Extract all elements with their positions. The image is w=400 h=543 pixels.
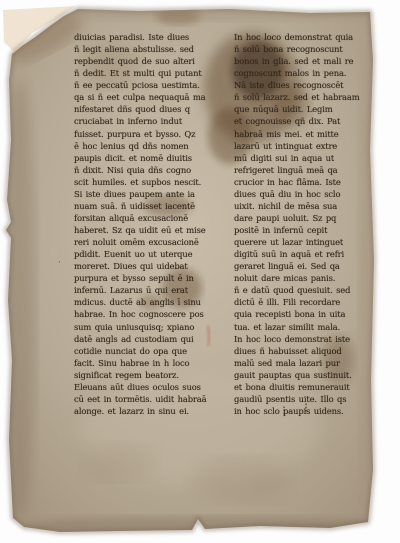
manuscript-text-line: nuam suā. ñ uidisset iacentē [74, 200, 222, 212]
manuscript-text-line: habraā mis mei. et mitte [234, 128, 382, 140]
manuscript-text-line: nifestaret dñs quod diues q [74, 103, 222, 115]
manuscript-text-line: uixit. nichil de mēsa sua [234, 200, 382, 212]
manuscript-text-line: et cognouisse qñ dix. Pat [234, 115, 382, 127]
manuscript-text-line: ñ e datū quod quesiuit. sed [234, 284, 382, 296]
manuscript-text-line: ñ legit aliena abstulisse. sed [74, 43, 222, 55]
manuscript-text-line: que nūquā uidit. Legim [234, 103, 382, 115]
text-column-right: In hoc loco demonstrat quiañ solū bona r… [234, 31, 382, 417]
manuscript-text-line: Eleuans aūt diues oculos suos [74, 381, 222, 393]
manuscript-text-line: alonge. et lazarz in sinu ei. [74, 405, 222, 417]
manuscript-text-line: ñ dixit. Nisi quia dñs cogno [74, 164, 222, 176]
manuscript-text-line: haberet. Sz qa uidit eū et mise [74, 224, 222, 236]
manuscript-text-line: noluit dare micas panis. [234, 272, 382, 284]
manuscript-text-line: ñ solū bona recognoscunt [234, 43, 382, 55]
manuscript-text-line: cū eet in tormētis. uidit habraā [74, 393, 222, 405]
manuscript-text-line: Si iste diues paupem ante ia [74, 188, 222, 200]
manuscript-text-line: moreret. Diues qui uidebat [74, 260, 222, 272]
manuscript-text-line: dare paupi uoluit. Sz pq [234, 212, 382, 224]
manuscript-text-line: diues ñ habuisset aliquod [234, 345, 382, 357]
manuscript-text-line: facit. Sinu habrae in h loco [74, 357, 222, 369]
manuscript-text-line: dictū ē illi. Fili recordare [234, 296, 382, 308]
manuscript-text-line: qa si ñ eet culpa nequaquā ma [74, 91, 222, 103]
manuscript-text-line: In hoc loco demonstrat quia [234, 31, 382, 43]
manuscript-text-line: paupis dicit. et nomē diuitis [74, 152, 222, 164]
manuscript-text-line: gauit pauptas qua sustinuit. [234, 369, 382, 381]
manuscript-text-line: pdidit. Euenit uo ut uterque [74, 248, 222, 260]
marginal-mark: ⁝ [304, 401, 308, 416]
manuscript-text-line: ñ ee peccatū pciosa uestimta. [74, 79, 222, 91]
manuscript-text-line: infernū. Lazarus ū qui erat [74, 284, 222, 296]
manuscript-text-line: positē in infernū cepit [234, 224, 382, 236]
manuscript-text-line: diuicias paradisi. Iste diues [74, 31, 222, 43]
manuscript-text-line: lazarū ut intinguat extre [234, 140, 382, 152]
manuscript-text-line: digitū suū in aquā et refri [234, 248, 382, 260]
manuscript-text-line: Nā iste diues recognoscēt [234, 79, 382, 91]
manuscript-text-line: scit humiles. et supbos nescit. [74, 176, 222, 188]
manuscript-text-line: ñ dedit. Et st multi qui putant [74, 67, 222, 79]
manuscript-text-line: significat regem beatorz. [74, 369, 222, 381]
manuscript-text-line: habrae. In hoc cognoscere pos [74, 308, 222, 320]
manuscript-text-line: quia recepisti bona in uita [234, 308, 382, 320]
manuscript-text-line: sum quia uniusquisq; xpiano [74, 321, 222, 333]
manuscript-text-line: malū sed mala lazari pur [234, 357, 382, 369]
marginal-mark: · [58, 258, 61, 268]
manuscript-text-line: mdicus. ductē ab anglis ī sinu [74, 296, 222, 308]
manuscript-text-line: bonos in glia. sed et mali re [234, 55, 382, 67]
manuscript-text-line: reri noluit omēm excusacionē [74, 236, 222, 248]
manuscript-text-line: fuisset. purpura et bysso. Qz [74, 128, 222, 140]
manuscript-photo: diuicias paradisi. Iste diuesñ legit ali… [0, 0, 400, 543]
manuscript-text-line: geraret linguā ei. Sed qa [234, 260, 382, 272]
manuscript-text-line: et bona diuitis remunerauit [234, 381, 382, 393]
manuscript-text-line: ē hoc lenius qd dñs nomen [74, 140, 222, 152]
manuscript-text-line: cruciabat in inferno indut [74, 115, 222, 127]
marginal-mark: ⁝ [282, 404, 286, 419]
manuscript-text-line: crucior in hac flāma. Iste [234, 176, 382, 188]
manuscript-text-line: purpura et bysso sepult ē in [74, 272, 222, 284]
text-column-left: diuicias paradisi. Iste diuesñ legit ali… [74, 31, 222, 417]
manuscript-text-line: datē angls ad custodiam qui [74, 333, 222, 345]
manuscript-text-line: forsitan aliquā excusacionē [74, 212, 222, 224]
manuscript-text-line: tua. et lazar similit mala. [234, 321, 382, 333]
manuscript-text-line: cognoscunt malos in pena. [234, 67, 382, 79]
manuscript-text-line: mū digiti sui in aqua ut [234, 152, 382, 164]
manuscript-text-line: diues quā diu in hoc sclo [234, 188, 382, 200]
manuscript-text-line: repbendit quod de suo alteri [74, 55, 222, 67]
manuscript-text-line: refrigeret linguā meā qa [234, 164, 382, 176]
manuscript-text-line: cotidie nunciat do opa que [74, 345, 222, 357]
manuscript-text-line: In hoc loco demonstrat iste [234, 333, 382, 345]
manuscript-text-line: querere ut lazar intinguet [234, 236, 382, 248]
manuscript-text-line: ñ solū lazarz. sed et habraam [234, 91, 382, 103]
